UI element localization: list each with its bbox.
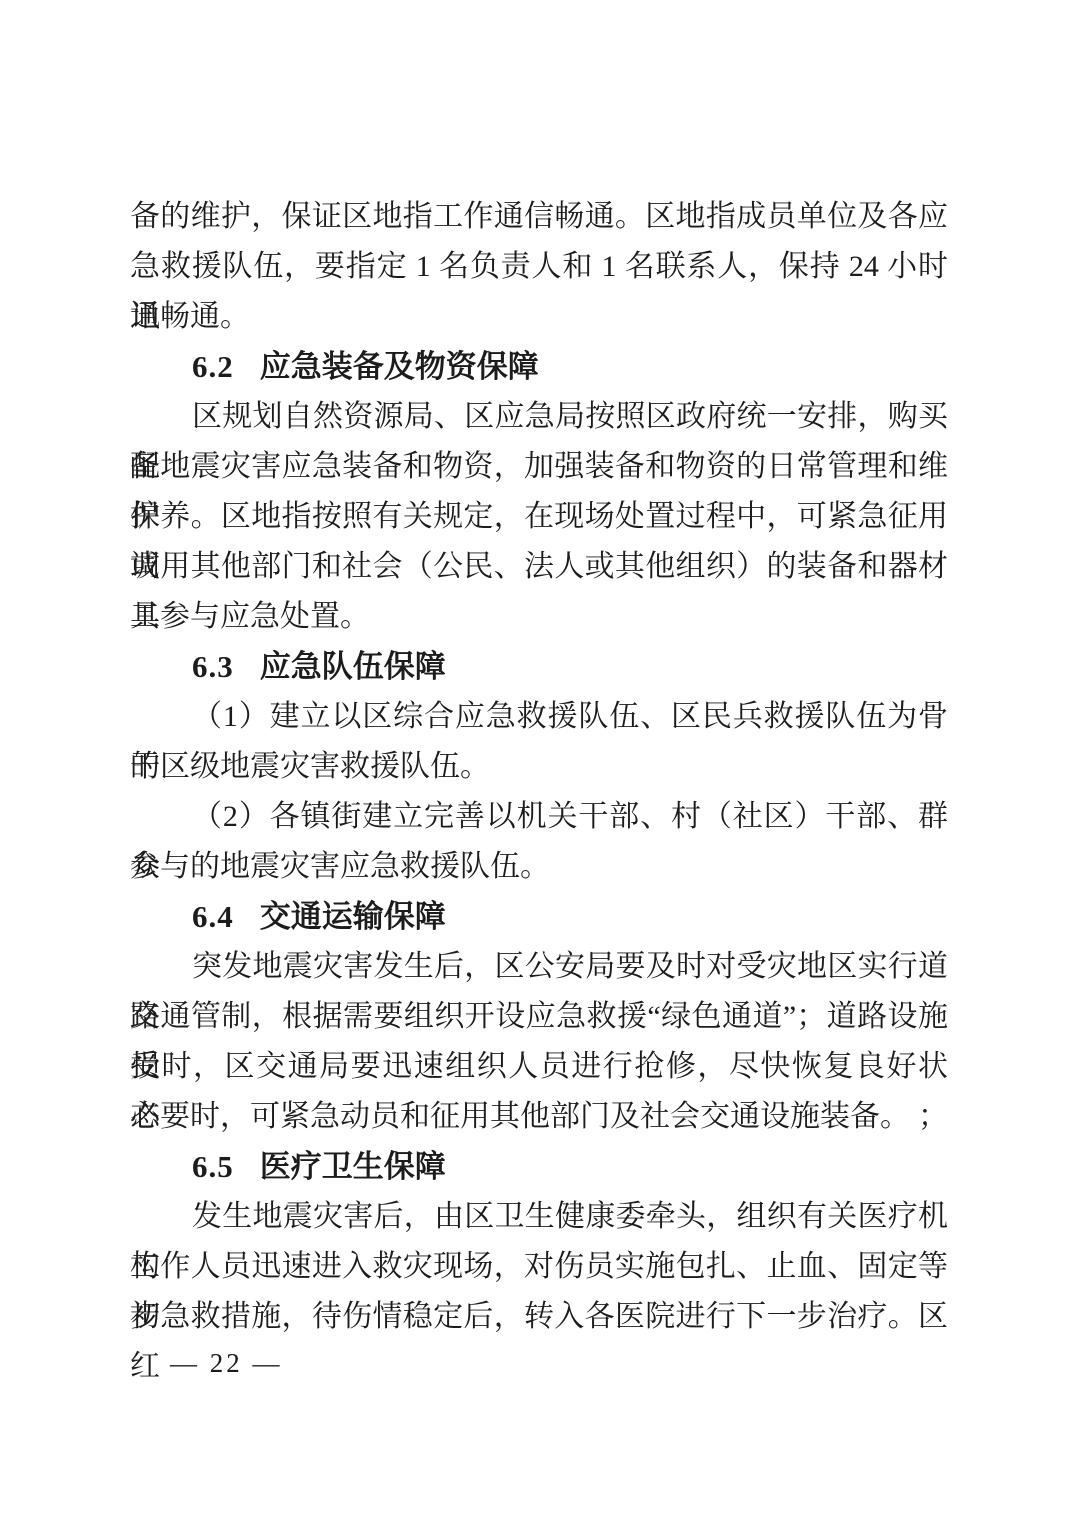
text-line: （2）各镇街建立完善以机关干部、村（社区）干部、群众 [130, 792, 948, 842]
text-line: 备的维护，保证区地指工作通信畅通。区地指成员单位及各应 [130, 192, 948, 242]
text-line: 突发地震灾害发生后，区公安局要及时对受灾地区实行道路 [130, 942, 948, 992]
text-line: 工作人员迅速进入救灾现场，对伤员实施包扎、止血、固定等初 [130, 1242, 948, 1292]
heading-title: 医疗卫生保障 [260, 1149, 446, 1184]
section-heading: 6.5医疗卫生保障 [130, 1142, 948, 1192]
text-line: 交通管制，根据需要组织开设应急救援“绿色通道”；道路设施受 [130, 992, 948, 1042]
text-line: 步急救措施，待伤情稳定后，转入各医院进行下一步治疗。区红 [130, 1292, 948, 1342]
text-line: 具参与应急处置。 [130, 592, 948, 642]
text-line: 备地震灾害应急装备和物资，加强装备和物资的日常管理和维护 [130, 442, 948, 492]
text-line: （1）建立以区综合应急救援队伍、区民兵救援队伍为骨干 [130, 692, 948, 742]
text-line: 保养。区地指按照有关规定，在现场处置过程中，可紧急征用或 [130, 492, 948, 542]
text-line: 发生地震灾害后，由区卫生健康委牵头，组织有关医疗机构 [130, 1192, 948, 1242]
text-line: 讯畅通。 [130, 292, 948, 342]
section-heading: 6.3应急队伍保障 [130, 642, 948, 692]
document-page: 备的维护，保证区地指工作通信畅通。区地指成员单位及各应急救援队伍，要指定 1 名… [0, 0, 1074, 1520]
heading-number: 6.4 [192, 899, 234, 934]
section-heading: 6.4交通运输保障 [130, 892, 948, 942]
heading-title: 应急装备及物资保障 [260, 349, 539, 384]
heading-title: 应急队伍保障 [260, 649, 446, 684]
document-content: 备的维护，保证区地指工作通信畅通。区地指成员单位及各应急救援队伍，要指定 1 名… [130, 192, 948, 1342]
text-line: 区规划自然资源局、区应急局按照区政府统一安排，购买配 [130, 392, 948, 442]
heading-number: 6.5 [192, 1149, 234, 1184]
text-line: 的区级地震灾害救援队伍。 [130, 742, 948, 792]
text-line: 调用其他部门和社会（公民、法人或其他组织）的装备和器材工 [130, 542, 948, 592]
text-line: 参与的地震灾害应急救援队伍。 [130, 842, 948, 892]
heading-number: 6.2 [192, 349, 234, 384]
heading-number: 6.3 [192, 649, 234, 684]
heading-title: 交通运输保障 [260, 899, 446, 934]
section-heading: 6.2应急装备及物资保障 [130, 342, 948, 392]
page-number: — 22 — [170, 1338, 283, 1388]
text-line: 损时，区交通局要迅速组织人员进行抢修，尽快恢复良好状态； [130, 1042, 948, 1092]
text-line: 必要时，可紧急动员和征用其他部门及社会交通设施装备。 [130, 1092, 948, 1142]
text-line: 急救援队伍，要指定 1 名负责人和 1 名联系人，保持 24 小时通 [130, 242, 948, 292]
